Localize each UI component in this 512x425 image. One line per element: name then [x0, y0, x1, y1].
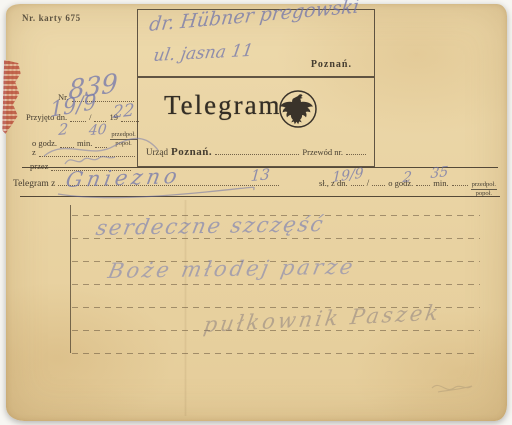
address-line-2: ul. jasna 11	[152, 41, 255, 66]
eagle-emblem-icon	[278, 86, 318, 132]
origin-label: Telegram z	[13, 179, 55, 189]
telegram-paper: Nr. karty 675 dr. Hübner pregowski ul. j…	[6, 4, 507, 421]
origin-wordcount-handwritten: 13	[250, 165, 271, 185]
message-line-1: serdeczne szczęść	[94, 212, 327, 240]
telegram-header-box: Telegram Urząd Poznań. Przewód nr.	[137, 77, 375, 167]
address-line-1: dr. Hübner pregowski	[148, 0, 360, 36]
message-signature: pułkownik Paszek	[202, 300, 443, 337]
message-line-2: Boże młodej parze	[106, 255, 358, 283]
wire-number-label: Przewód nr.	[302, 147, 343, 157]
origin-date-separator: /	[367, 179, 370, 189]
field-by-label: przez	[30, 161, 48, 171]
pencil-scribble	[430, 376, 482, 398]
handwriting-flourish	[56, 184, 256, 200]
origin-meridiem-fraction: przedpoł.popoł.	[471, 181, 497, 198]
card-number-label: Nr. karty 675	[22, 13, 81, 23]
office-name: Poznań.	[171, 146, 212, 158]
origin-hour-handwritten: 2	[402, 169, 413, 186]
field-from-label: z	[32, 147, 36, 157]
receipt-year-handwritten: 22	[112, 100, 135, 123]
address-box: dr. Hübner pregowski ul. jasna 11 Poznań…	[137, 9, 375, 77]
paper-crease	[184, 200, 187, 416]
origin-min-handwritten: 35	[430, 164, 449, 182]
city-printed: Poznań.	[311, 59, 352, 70]
scan-background: Nr. karty 675 dr. Hübner pregowski ul. j…	[0, 0, 512, 425]
telegram-title: Telegram	[164, 90, 282, 121]
postage-stamp-icon	[2, 60, 21, 134]
